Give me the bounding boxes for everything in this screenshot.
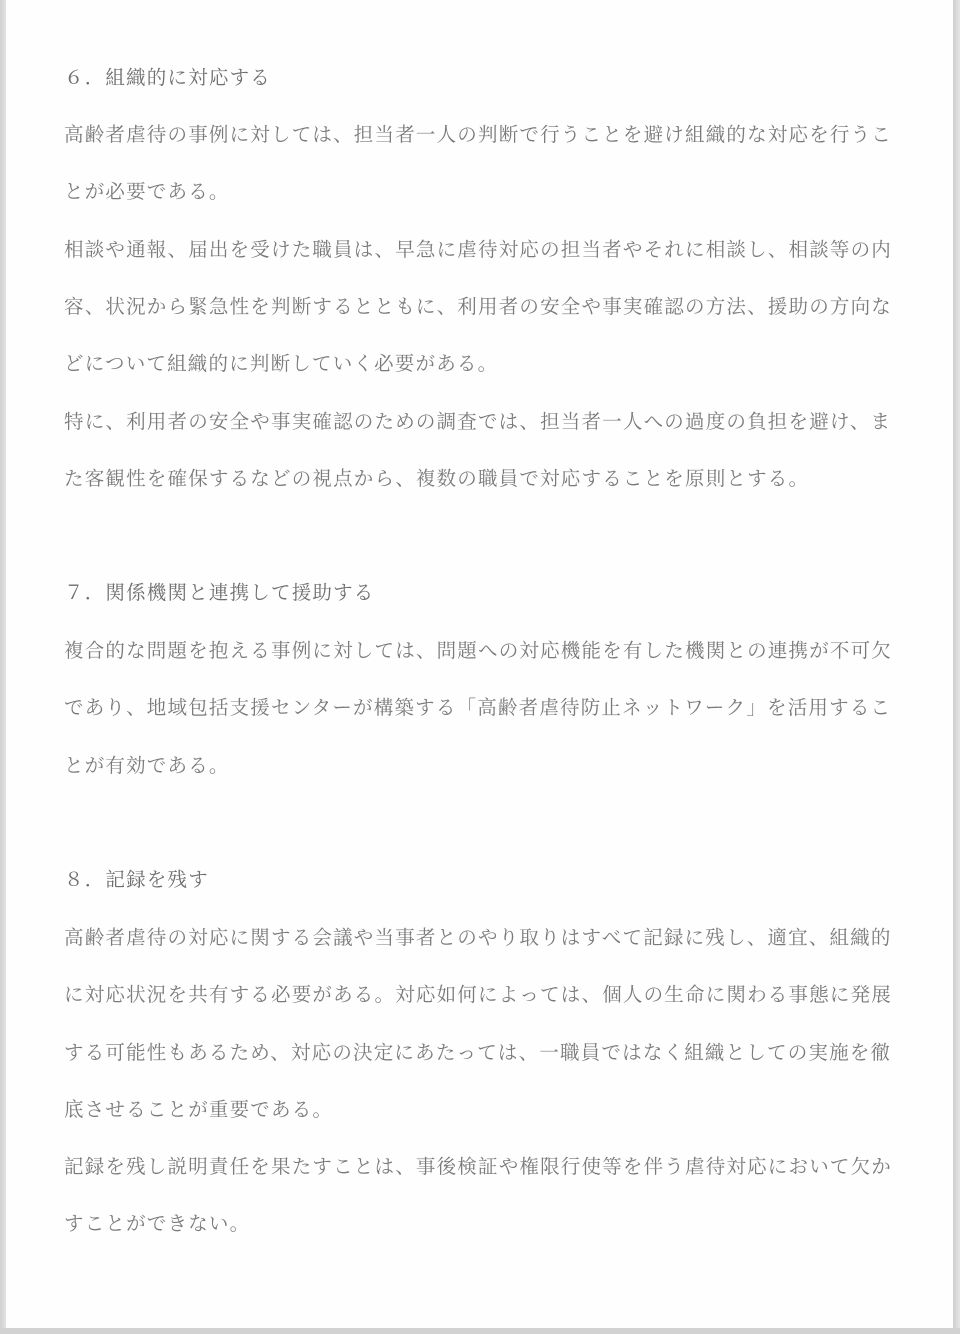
page-edge-right — [953, 0, 960, 1334]
page-edge-bottom — [0, 1328, 960, 1334]
paragraph-line: た客観性を確保するなどの視点から、複数の職員で対応することを原則とする。 — [64, 465, 809, 493]
paragraph-line: どについて組織的に判断していく必要がある。 — [64, 350, 498, 378]
paragraph-line: とが有効である。 — [64, 752, 230, 780]
paragraph-line: 容、状況から緊急性を判断するとともに、利用者の安全や事実確認の方法、援助の方向な — [64, 293, 892, 321]
paragraph-line: とが必要である。 — [64, 178, 230, 206]
paragraph-line: 特に、利用者の安全や事実確認のための調査では、担当者一人への過度の負担を避け、ま — [64, 408, 891, 436]
paragraph-line: 底させることが重要である。 — [64, 1096, 333, 1124]
section-heading-8: ８．記録を残す — [64, 866, 209, 894]
paragraph-line: する可能性もあるため、対応の決定にあたっては、一職員ではなく組織としての実施を徹 — [64, 1039, 891, 1067]
section-heading-7: ７．関係機関と連携して援助する — [64, 579, 375, 607]
paragraph-line: すことができない。 — [64, 1210, 250, 1238]
document-page: ６．組織的に対応する 高齢者虐待の事例に対しては、担当者一人の判断で行うことを避… — [6, 0, 953, 1328]
paragraph-line: 記録を残し説明責任を果たすことは、事後検証や権限行使等を伴う虐待対応において欠か — [64, 1153, 892, 1181]
section-heading-6: ６．組織的に対応する — [64, 64, 271, 92]
paragraph-line: であり、地域包括支援センターが構築する「高齢者虐待防止ネットワーク」を活用するこ — [64, 694, 891, 722]
paragraph-line: に対応状況を共有する必要がある。対応如何によっては、個人の生命に関わる事態に発展 — [64, 981, 892, 1009]
paragraph-line: 高齢者虐待の対応に関する会議や当事者とのやり取りはすべて記録に残し、適宜、組織的 — [64, 924, 892, 952]
paragraph-line: 相談や通報、届出を受けた職員は、早急に虐待対応の担当者やそれに相談し、相談等の内 — [64, 236, 892, 264]
paragraph-line: 高齢者虐待の事例に対しては、担当者一人の判断で行うことを避け組織的な対応を行うこ — [64, 121, 892, 149]
paragraph-line: 複合的な問題を抱える事例に対しては、問題への対応機能を有した機関との連携が不可欠 — [64, 637, 892, 665]
